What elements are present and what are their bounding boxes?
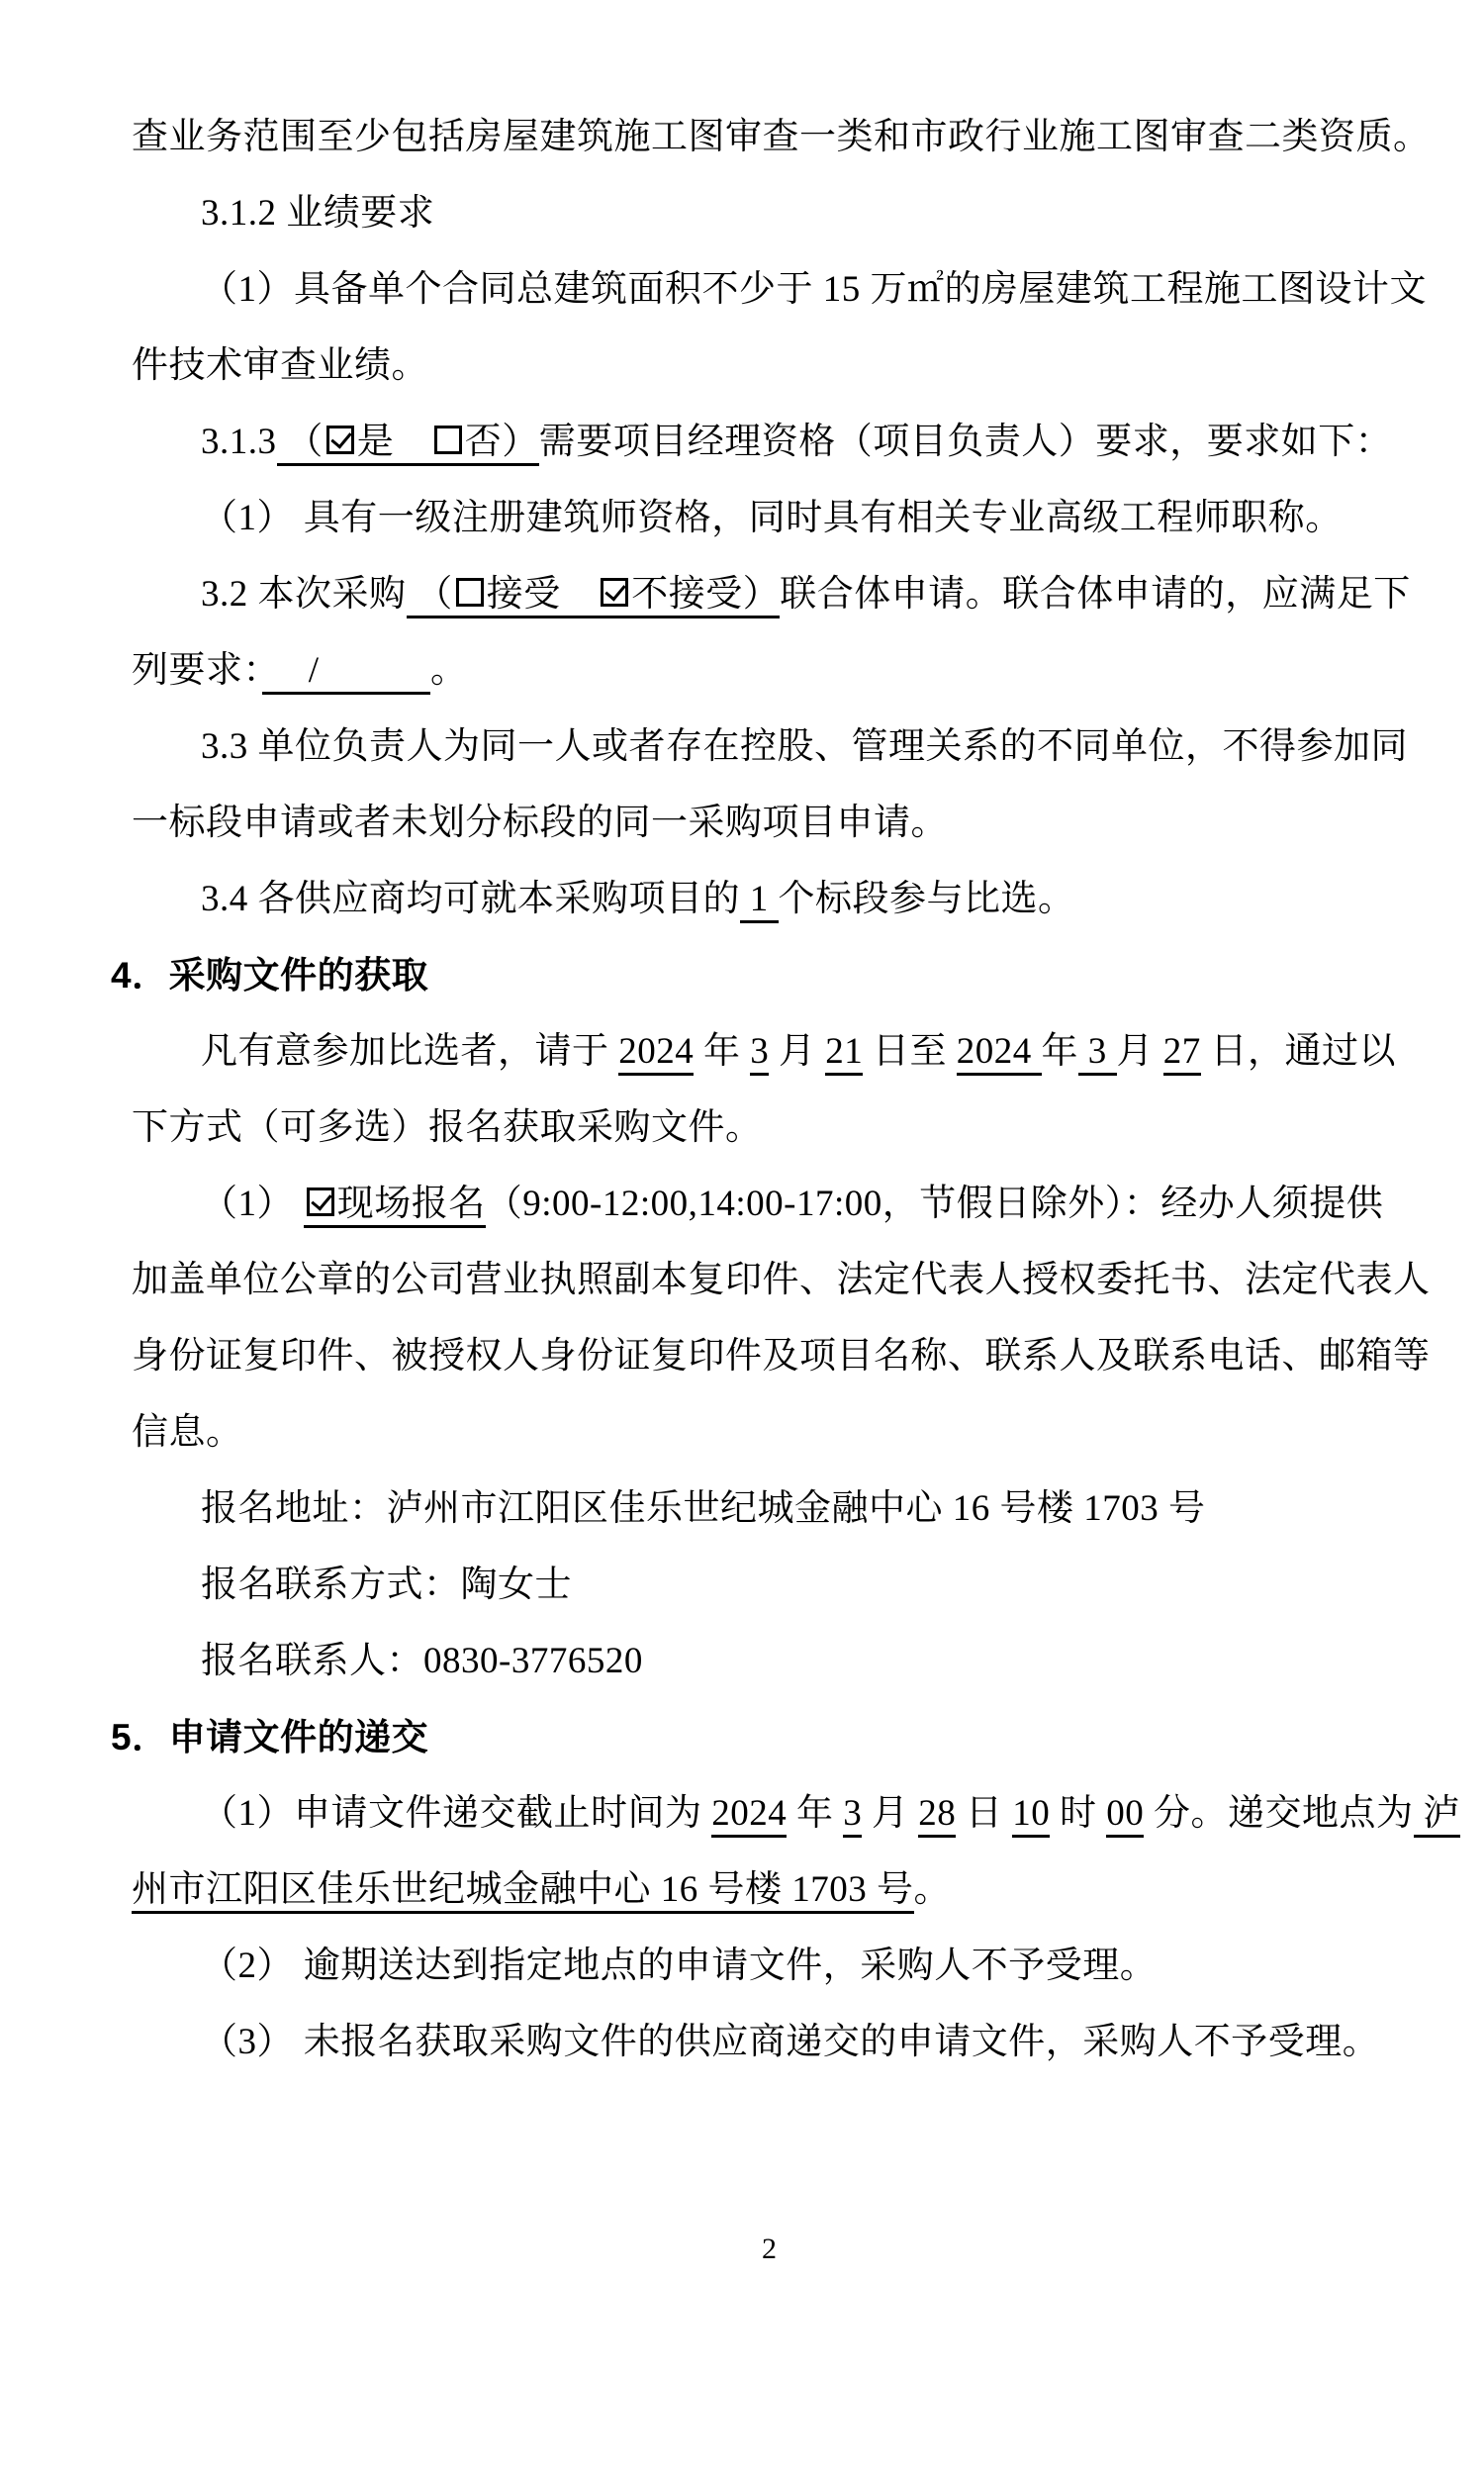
- text-run: 3.3 单位负责人为同一人或者存在控股、管理关系的不同单位，不得参加同: [201, 726, 1408, 767]
- text-run: 3: [750, 1031, 769, 1072]
- text-line: 报名联系人：0830-3776520: [132, 1623, 1407, 1699]
- text-run: 3.1.3: [201, 422, 277, 462]
- text-run: 3.2 本次采购: [201, 574, 407, 615]
- text-line: 凡有意参加比选者，请于 2024 年 3 月 21 日至 2024 年 3 月 …: [132, 1013, 1407, 1090]
- underlined-text: 3: [750, 1031, 769, 1076]
- text-run: （1）: [201, 1184, 304, 1224]
- text-line: 件技术审查业绩。: [132, 328, 1407, 404]
- underlined-text: 3: [1078, 1031, 1117, 1076]
- text-run: 下方式（可多选）报名获取采购文件。: [132, 1107, 763, 1148]
- text-line: 信息。: [132, 1394, 1407, 1471]
- text-run: 一标段申请或者未划分标段的同一采购项目申请。: [132, 803, 948, 843]
- underlined-text: 21: [825, 1031, 863, 1076]
- text-line: （1） 具有一级注册建筑师资格，同时具有相关专业高级工程师职称。: [132, 480, 1407, 556]
- text-run: 21: [825, 1031, 863, 1072]
- underlined-text: 00: [1106, 1793, 1144, 1838]
- text-run: 年: [1042, 1031, 1079, 1072]
- checkbox-unchecked-icon: [456, 578, 484, 607]
- text-run: /: [262, 650, 431, 691]
- text-run: 现场报名: [337, 1184, 486, 1224]
- text-run: 分。递交地点为: [1144, 1793, 1413, 1834]
- underlined-text: 2024: [711, 1793, 787, 1838]
- text-run: 泸: [1414, 1793, 1460, 1834]
- text-line: （1） 现场报名（9:00-12:00,14:00-17:00，节假日除外）：经…: [132, 1166, 1407, 1242]
- text-run: 身份证复印件、被授权人身份证复印件及项目名称、联系人及联系电话、邮箱等: [132, 1336, 1431, 1377]
- section-heading: 4．采购文件的获取: [111, 937, 1407, 1013]
- underlined-text: 28: [918, 1793, 956, 1838]
- text-run: （1） 具有一级注册建筑师资格，同时具有相关专业高级工程师职称。: [201, 498, 1343, 538]
- text-run: 报名联系人：0830-3776520: [201, 1641, 643, 1681]
- text-run: 3.4 各供应商均可就本采购项目的: [201, 879, 740, 919]
- underlined-text: 1: [740, 879, 779, 923]
- text-run: （9:00-12:00,14:00-17:00，节假日除外）：经办人须提供: [486, 1184, 1384, 1224]
- text-run: （2） 逾期送达到指定地点的申请文件，采购人不予受理。: [201, 1946, 1157, 1986]
- text-run: 3: [1078, 1031, 1117, 1072]
- text-run: 年: [694, 1031, 750, 1072]
- text-run: （1）申请文件递交截止时间为: [201, 1793, 711, 1834]
- text-run: 27: [1163, 1031, 1201, 1072]
- underlined-text: 3: [843, 1793, 862, 1838]
- checkbox-checked-icon: [601, 578, 628, 607]
- text-run: 日，通过以: [1201, 1031, 1396, 1072]
- text-run: 查业务范围至少包括房屋建筑施工图审查一类和市政行业施工图审查二类资质。: [132, 117, 1431, 157]
- text-run: 个标段参与比选。: [779, 879, 1075, 919]
- underlined-text: 10: [1012, 1793, 1050, 1838]
- text-run: 是: [357, 422, 431, 462]
- text-line: （1）具备单个合同总建筑面积不少于 15 万㎡的房屋建筑工程施工图设计文: [132, 251, 1407, 328]
- text-line: 一标段申请或者未划分标段的同一采购项目申请。: [132, 785, 1407, 861]
- text-line: 报名联系方式：陶女士: [132, 1547, 1407, 1623]
- underlined-text: 泸: [1414, 1793, 1460, 1838]
- text-line: （3） 未报名获取采购文件的供应商递交的申请文件，采购人不予受理。: [132, 2004, 1407, 2080]
- text-line: 下方式（可多选）报名获取采购文件。: [132, 1090, 1407, 1166]
- text-line: 报名地址：泸州市江阳区佳乐世纪城金融中心 16 号楼 1703 号: [132, 1471, 1407, 1547]
- text-run: 2024: [618, 1031, 694, 1072]
- text-run: 时: [1050, 1793, 1106, 1834]
- text-line: 查业务范围至少包括房屋建筑施工图审查一类和市政行业施工图审查二类资质。: [132, 99, 1407, 175]
- text-run: 州市江阳区佳乐世纪城金融中心 16 号楼 1703 号: [132, 1869, 914, 1910]
- text-run: 列要求：: [132, 650, 262, 691]
- underlined-text: 2024: [957, 1031, 1042, 1076]
- page-number: 2: [132, 2225, 1407, 2274]
- underlined-text: 州市江阳区佳乐世纪城金融中心 16 号楼 1703 号: [132, 1869, 914, 1914]
- text-line: 3.3 单位负责人为同一人或者存在控股、管理关系的不同单位，不得参加同: [132, 709, 1407, 785]
- text-run: 5．申请文件的递交: [111, 1717, 428, 1757]
- text-run: （: [277, 422, 324, 462]
- text-line: 身份证复印件、被授权人身份证复印件及项目名称、联系人及联系电话、邮箱等: [132, 1318, 1407, 1394]
- text-line: 加盖单位公章的公司营业执照副本复印件、法定代表人授权委托书、法定代表人: [132, 1242, 1407, 1318]
- text-line: 3.4 各供应商均可就本采购项目的 1 个标段参与比选。: [132, 861, 1407, 937]
- text-run: 28: [918, 1793, 956, 1834]
- text-run: 日至: [863, 1031, 957, 1072]
- text-line: 列要求： / 。: [132, 632, 1407, 709]
- text-run: （: [407, 574, 453, 615]
- text-line: 3.1.3 （是 否）需要项目经理资格（项目负责人）要求，要求如下：: [132, 404, 1407, 480]
- text-run: （3） 未报名获取采购文件的供应商递交的申请文件，采购人不予受理。: [201, 2022, 1379, 2062]
- underlined-text: 2024: [618, 1031, 694, 1076]
- text-run: 报名地址：泸州市江阳区佳乐世纪城金融中心 16 号楼 1703 号: [201, 1488, 1206, 1529]
- text-run: 月: [862, 1793, 918, 1834]
- document-body: 查业务范围至少包括房屋建筑施工图审查一类和市政行业施工图审查二类资质。3.1.2…: [132, 99, 1407, 2080]
- text-run: 2024: [711, 1793, 787, 1834]
- text-run: 年: [787, 1793, 843, 1834]
- underlined-text: 27: [1163, 1031, 1201, 1076]
- text-run: 3: [843, 1793, 862, 1834]
- text-run: 10: [1012, 1793, 1050, 1834]
- underlined-text: 现场报名: [304, 1184, 486, 1228]
- text-run: 。: [914, 1869, 952, 1910]
- text-run: 凡有意参加比选者，请于: [201, 1031, 618, 1072]
- text-run: 3.1.2 业绩要求: [201, 193, 434, 234]
- text-run: 4．采购文件的获取: [111, 955, 428, 996]
- underlined-text: /: [262, 650, 431, 695]
- text-run: 2024: [957, 1031, 1042, 1072]
- text-line: 3.1.2 业绩要求: [132, 175, 1407, 251]
- checkbox-checked-icon: [307, 1187, 334, 1216]
- underlined-text: （接受 不接受）: [407, 574, 781, 618]
- text-run: 接受: [487, 574, 599, 615]
- text-run: 加盖单位公章的公司营业执照副本复印件、法定代表人授权委托书、法定代表人: [132, 1260, 1431, 1300]
- text-run: 信息。: [132, 1412, 243, 1453]
- text-run: 00: [1106, 1793, 1144, 1834]
- text-line: 3.2 本次采购 （接受 不接受）联合体申请。联合体申请的，应满足下: [132, 556, 1407, 632]
- text-run: 1: [740, 879, 779, 919]
- text-run: （1）具备单个合同总建筑面积不少于 15 万㎡的房屋建筑工程施工图设计文: [201, 269, 1427, 310]
- checkbox-checked-icon: [326, 426, 354, 454]
- text-run: 不接受）: [631, 574, 780, 615]
- text-line: （2） 逾期送达到指定地点的申请文件，采购人不予受理。: [132, 1928, 1407, 2004]
- text-line: 州市江阳区佳乐世纪城金融中心 16 号楼 1703 号。: [132, 1852, 1407, 1928]
- text-run: 日: [956, 1793, 1012, 1834]
- document-page: 查业务范围至少包括房屋建筑施工图审查一类和市政行业施工图审查二类资质。3.1.2…: [0, 0, 1484, 2470]
- text-run: 。: [430, 650, 468, 691]
- underlined-text: （是 否）: [277, 422, 539, 466]
- text-run: 需要项目经理资格（项目负责人）要求，要求如下：: [539, 422, 1393, 462]
- text-run: 报名联系方式：陶女士: [201, 1565, 572, 1605]
- section-heading: 5．申请文件的递交: [111, 1699, 1407, 1775]
- text-line: （1）申请文件递交截止时间为 2024 年 3 月 28 日 10 时 00 分…: [132, 1775, 1407, 1852]
- text-run: 月: [1117, 1031, 1163, 1072]
- text-run: 月: [769, 1031, 825, 1072]
- checkbox-unchecked-icon: [434, 426, 462, 454]
- text-run: 件技术审查业绩。: [132, 345, 428, 386]
- text-run: 联合体申请。联合体申请的，应满足下: [780, 574, 1411, 615]
- text-run: 否）: [465, 422, 539, 462]
